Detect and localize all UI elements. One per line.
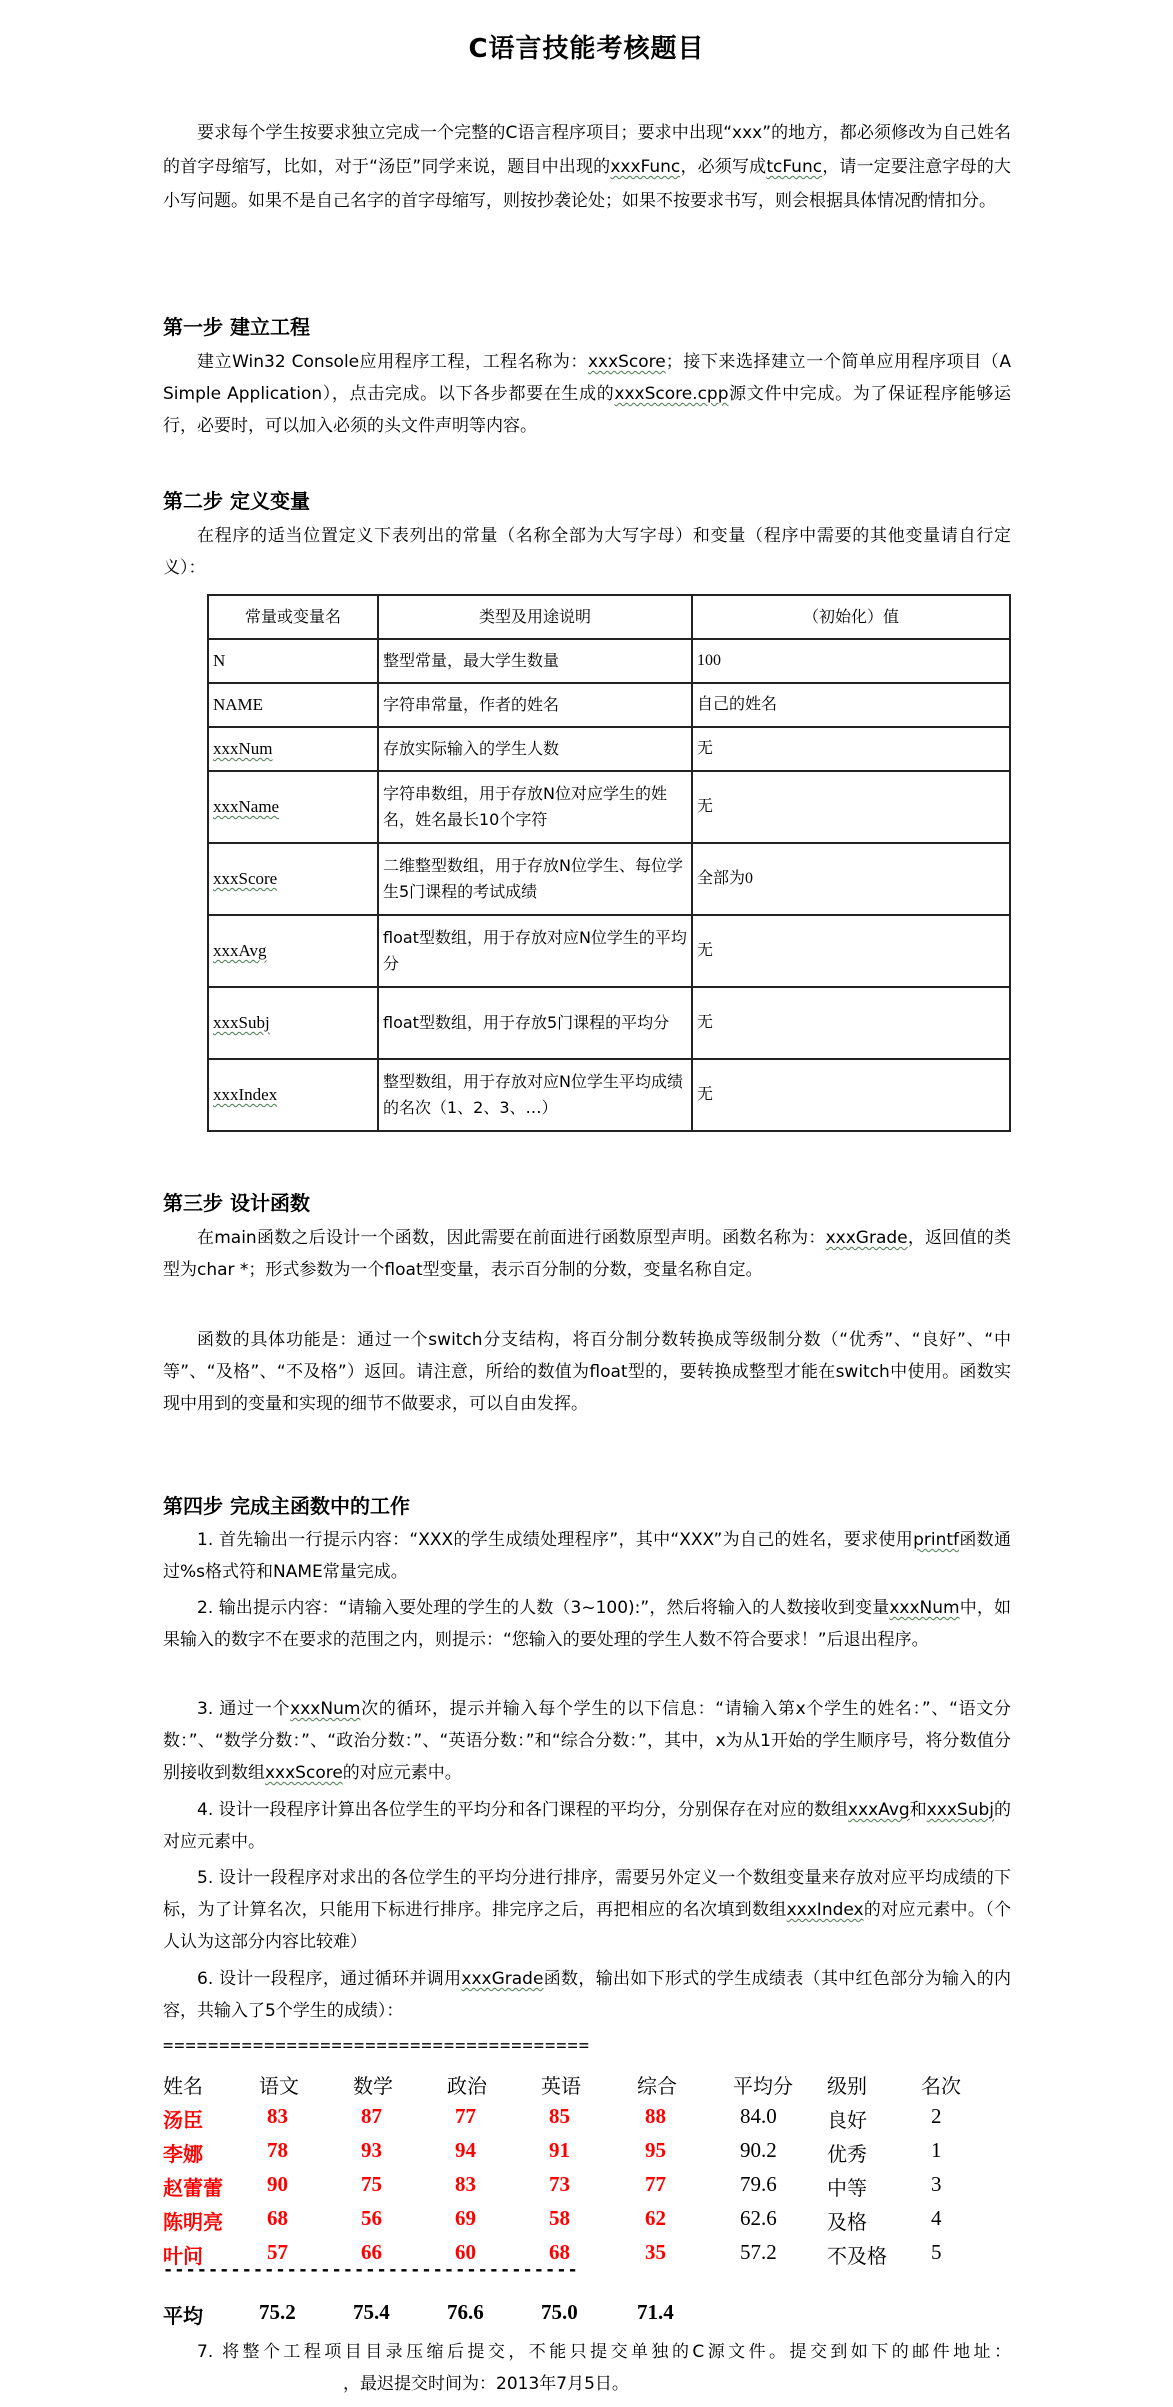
- xxxnum-term: xxxNum: [889, 1598, 959, 1618]
- student-name: 陈明亮: [163, 2206, 223, 2235]
- score-cell: 87: [361, 2104, 382, 2129]
- step4-item-7: 7. 将整个工程项目目录压缩后提交，不能只提交单独的C源文件。提交到如下的邮件地…: [163, 2336, 1011, 2400]
- col-header: 级别: [827, 2070, 867, 2099]
- score-cell: 83: [455, 2172, 476, 2197]
- xxxnum-term: xxxNum: [290, 1699, 360, 1719]
- col-header: 政治: [447, 2070, 487, 2099]
- var-value: 无: [692, 1059, 1010, 1131]
- table-header: （初始化）值: [692, 595, 1010, 639]
- student-name: 汤臣: [163, 2104, 203, 2133]
- item-text: 1. 首先输出一行提示内容：“XXX的学生成绩处理程序”，其中“XXX”为自己的…: [197, 1530, 913, 1550]
- step4-item-5: 5. 设计一段程序对求出的各位学生的平均分进行排序，需要另外定义一个数组变量来存…: [163, 1862, 1011, 1958]
- item-text: 的对应元素中。: [343, 1763, 462, 1783]
- col-header: 名次: [921, 2070, 961, 2099]
- col-header: 平均分: [733, 2070, 793, 2099]
- xxxavg-term: xxxAvg: [848, 1800, 910, 1820]
- var-desc: float型数组，用于存放5门课程的平均分: [378, 987, 692, 1059]
- var-desc: 字符串数组，用于存放N位对应学生的姓名，姓名最长10个字符: [378, 771, 692, 843]
- step4-item-3: 3. 通过一个xxxNum次的循环，提示并输入每个学生的以下信息：“请输入第x个…: [163, 1693, 1011, 1789]
- subject-average: 75.4: [353, 2300, 390, 2325]
- table-row: xxxName 字符串数组，用于存放N位对应学生的姓名，姓名最长10个字符 无: [208, 771, 1010, 843]
- step4-item-6: 6. 设计一段程序，通过循环并调用xxxGrade函数，输出如下形式的学生成绩表…: [163, 1963, 1011, 2027]
- step3-text: 在main函数之后设计一个函数，因此需要在前面进行函数原型声明。函数名称为：: [197, 1228, 826, 1248]
- student-name: 李娜: [163, 2138, 203, 2167]
- rank-cell: 4: [931, 2206, 942, 2231]
- score-cell: 75: [361, 2172, 382, 2197]
- printf-term: printf: [913, 1530, 959, 1550]
- avg-cell: 84.0: [740, 2104, 777, 2129]
- col-header: 数学: [353, 2070, 393, 2099]
- var-value: 100: [692, 639, 1010, 683]
- var-name: xxxScore: [213, 869, 277, 888]
- intro-paragraph: 要求每个学生按要求独立完成一个完整的C语言程序项目；要求中出现“xxx”的地方，…: [163, 116, 1011, 218]
- var-desc: float型数组，用于存放对应N位学生的平均分: [378, 915, 692, 987]
- table-header: 常量或变量名: [208, 595, 378, 639]
- col-header: 语文: [259, 2070, 299, 2099]
- item-text: 和: [910, 1800, 927, 1820]
- score-cell: 90: [267, 2172, 288, 2197]
- var-name: xxxName: [213, 797, 279, 816]
- var-name: xxxNum: [213, 739, 273, 758]
- var-desc: 二维整型数组，用于存放N位学生、每位学生5门课程的考试成绩: [378, 843, 692, 915]
- score-cell: 68: [267, 2206, 288, 2231]
- subject-average: 71.4: [637, 2300, 674, 2325]
- var-desc: 字符串常量，作者的姓名: [378, 683, 692, 727]
- score-cell: 62: [645, 2206, 666, 2231]
- student-name: 赵蕾蕾: [163, 2172, 223, 2201]
- var-desc: 整型数组，用于存放对应N位学生平均成绩的名次（1、2、3、…）: [378, 1059, 692, 1131]
- col-header: 综合: [637, 2070, 677, 2099]
- step2-heading: 第二步 定义变量: [163, 485, 310, 514]
- tcfunc-term: tcFunc: [766, 157, 822, 177]
- item-text: 6. 设计一段程序，通过循环并调用: [197, 1969, 461, 1989]
- subject-average: 75.0: [541, 2300, 578, 2325]
- var-value: 全部为0: [692, 843, 1010, 915]
- xxxindex-term: xxxIndex: [787, 1900, 864, 1920]
- xxxgrade-term: xxxGrade: [461, 1969, 543, 1989]
- var-desc: 整型常量，最大学生数量: [378, 639, 692, 683]
- table-row: N 整型常量，最大学生数量 100: [208, 639, 1010, 683]
- var-value: 无: [692, 727, 1010, 771]
- score-cell: 58: [549, 2206, 570, 2231]
- step1-text: 建立Win32 Console应用程序工程，工程名称为：: [197, 352, 588, 372]
- grade-cell: 优秀: [827, 2138, 867, 2167]
- grade-cell: 中等: [827, 2172, 867, 2201]
- var-value: 无: [692, 915, 1010, 987]
- score-cell: 91: [549, 2138, 570, 2163]
- step1-heading: 第一步 建立工程: [163, 311, 310, 340]
- table-row: NAME 字符串常量，作者的姓名 自己的姓名: [208, 683, 1010, 727]
- table-row: xxxSubj float型数组，用于存放5门课程的平均分 无: [208, 987, 1010, 1059]
- score-row: 赵蕾蕾 90 75 83 73 77 79.6 中等 3: [163, 2172, 1063, 2206]
- score-cell: 88: [645, 2104, 666, 2129]
- xxxfunc-term: xxxFunc: [610, 157, 680, 177]
- score-cell: 73: [549, 2172, 570, 2197]
- var-name: xxxAvg: [213, 941, 267, 960]
- item-text: 3. 通过一个: [197, 1699, 290, 1719]
- score-header-row: 姓名 语文 数学 政治 英语 综合 平均分 级别 名次: [163, 2070, 1063, 2104]
- source-file-term: xxxScore.cpp: [614, 384, 728, 404]
- score-cell: 83: [267, 2104, 288, 2129]
- var-value: 无: [692, 987, 1010, 1059]
- table-row: xxxIndex 整型数组，用于存放对应N位学生平均成绩的名次（1、2、3、…）…: [208, 1059, 1010, 1131]
- score-top-rule: ======================================: [163, 2036, 963, 2056]
- average-label: 平均: [163, 2300, 203, 2329]
- step4-item-1: 1. 首先输出一行提示内容：“XXX的学生成绩处理程序”，其中“XXX”为自己的…: [163, 1524, 1011, 1588]
- item-text: ，最迟提交时间为：2013年7月5日。: [343, 2374, 629, 2394]
- rank-cell: 1: [931, 2138, 942, 2163]
- avg-cell: 62.6: [740, 2206, 777, 2231]
- col-header: 姓名: [163, 2070, 203, 2099]
- var-name: N: [208, 639, 378, 683]
- var-value: 自己的姓名: [692, 683, 1010, 727]
- step4-heading: 第四步 完成主函数中的工作: [163, 1490, 410, 1519]
- xxxscore-term: xxxScore: [265, 1763, 343, 1783]
- score-row: 陈明亮 68 56 69 58 62 62.6 及格 4: [163, 2206, 1063, 2240]
- score-bottom-rule: -------------------------------------: [163, 2260, 963, 2280]
- grade-cell: 良好: [827, 2104, 867, 2133]
- intro-text: ，必须写成: [680, 157, 766, 177]
- score-cell: 95: [645, 2138, 666, 2163]
- item-text: 7. 将整个工程项目目录压缩后提交，不能只提交单独的C源文件。提交到如下的邮件地…: [197, 2342, 1011, 2362]
- xxxsubj-term: xxxSubj: [927, 1800, 994, 1820]
- score-cell: 56: [361, 2206, 382, 2231]
- var-name: xxxSubj: [213, 1013, 270, 1032]
- score-cell: 69: [455, 2206, 476, 2231]
- table-row: xxxScore 二维整型数组，用于存放N位学生、每位学生5门课程的考试成绩 全…: [208, 843, 1010, 915]
- score-row: 李娜 78 93 94 91 95 90.2 优秀 1: [163, 2138, 1063, 2172]
- score-cell: 94: [455, 2138, 476, 2163]
- subject-average: 76.6: [447, 2300, 484, 2325]
- step3-paragraph-2: 函数的具体功能是：通过一个switch分支结构，将百分制分数转换成等级制分数（“…: [163, 1324, 1011, 1420]
- table-header-row: 常量或变量名 类型及用途说明 （初始化）值: [208, 595, 1010, 639]
- var-name: xxxIndex: [213, 1085, 277, 1104]
- step1-paragraph: 建立Win32 Console应用程序工程，工程名称为：xxxScore；接下来…: [163, 346, 1011, 442]
- score-cell: 77: [455, 2104, 476, 2129]
- step4-item-2: 2. 输出提示内容：“请输入要处理的学生的人数（3~100):”，然后将输入的人…: [163, 1592, 1011, 1656]
- table-row: xxxAvg float型数组，用于存放对应N位学生的平均分 无: [208, 915, 1010, 987]
- item-text: 2. 输出提示内容：“请输入要处理的学生的人数（3~100):”，然后将输入的人…: [197, 1598, 889, 1618]
- average-row: 平均 75.2 75.4 76.6 75.0 71.4: [163, 2300, 1063, 2334]
- step3-paragraph-1: 在main函数之后设计一个函数，因此需要在前面进行函数原型声明。函数名称为：xx…: [163, 1222, 1011, 1286]
- score-cell: 78: [267, 2138, 288, 2163]
- step2-paragraph: 在程序的适当位置定义下表列出的常量（名称全部为大写字母）和变量（程序中需要的其他…: [163, 520, 1011, 584]
- table-header: 类型及用途说明: [378, 595, 692, 639]
- grade-cell: 及格: [827, 2206, 867, 2235]
- var-value: 无: [692, 771, 1010, 843]
- table-row: xxxNum 存放实际输入的学生人数 无: [208, 727, 1010, 771]
- score-row: 汤臣 83 87 77 85 88 84.0 良好 2: [163, 2104, 1063, 2138]
- variables-table: 常量或变量名 类型及用途说明 （初始化）值 N 整型常量，最大学生数量 100 …: [207, 594, 1011, 1132]
- xxxgrade-term: xxxGrade: [826, 1228, 908, 1248]
- rank-cell: 3: [931, 2172, 942, 2197]
- score-cell: 77: [645, 2172, 666, 2197]
- score-cell: 85: [549, 2104, 570, 2129]
- col-header: 英语: [541, 2070, 581, 2099]
- step3-heading: 第三步 设计函数: [163, 1187, 310, 1216]
- var-name: NAME: [208, 683, 378, 727]
- step4-item-4: 4. 设计一段程序计算出各位学生的平均分和各门课程的平均分，分别保存在对应的数组…: [163, 1794, 1011, 1858]
- var-desc: 存放实际输入的学生人数: [378, 727, 692, 771]
- avg-cell: 79.6: [740, 2172, 777, 2197]
- subject-average: 75.2: [259, 2300, 296, 2325]
- rank-cell: 2: [931, 2104, 942, 2129]
- project-name-term: xxxScore: [588, 352, 666, 372]
- avg-cell: 90.2: [740, 2138, 777, 2163]
- item-text: 4. 设计一段程序计算出各位学生的平均分和各门课程的平均分，分别保存在对应的数组: [197, 1800, 848, 1820]
- document-title: C语言技能考核题目: [0, 28, 1173, 65]
- score-cell: 93: [361, 2138, 382, 2163]
